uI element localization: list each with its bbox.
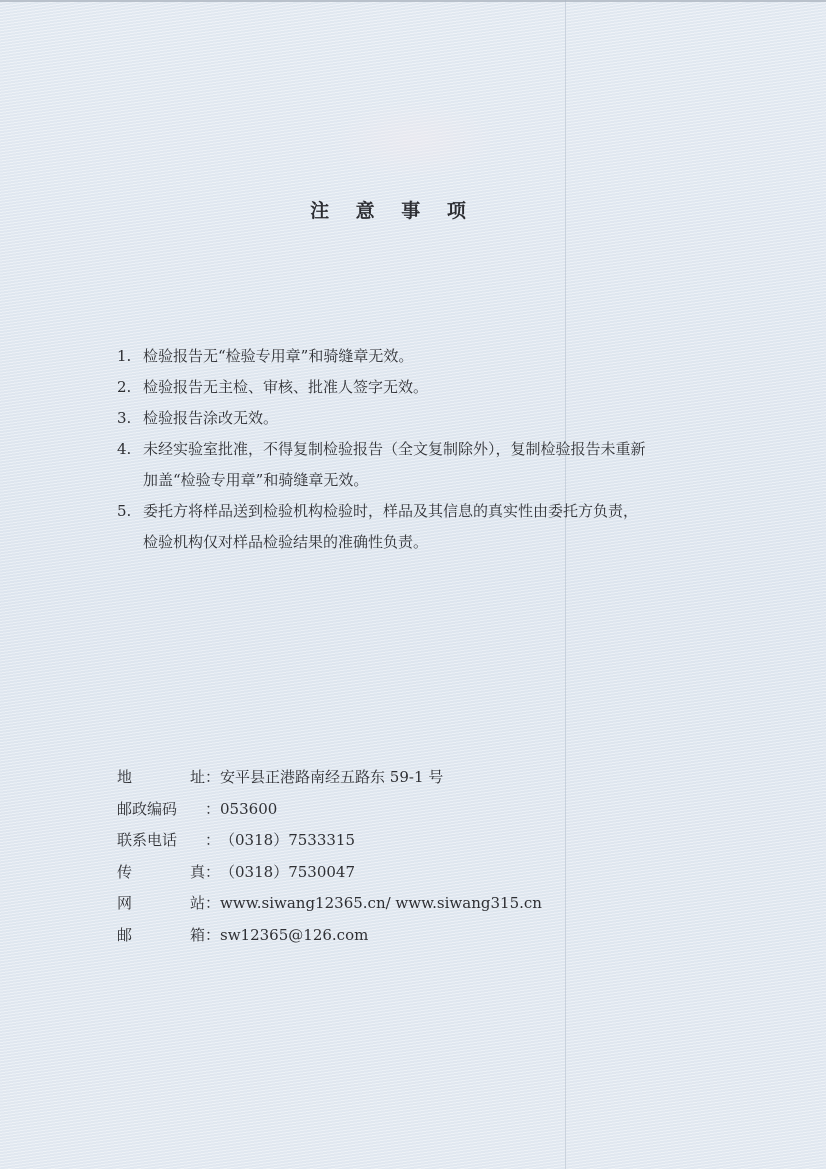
email-value: sw12365@126.com (220, 924, 368, 956)
contact-email: 邮 箱 ： sw12365@126.com (117, 924, 637, 956)
label-char: 址 (190, 766, 205, 798)
note-line: 检验报告涂改无效。 (143, 405, 717, 431)
note-line: 检验机构仅对样品检验结果的准确性负责。 (143, 529, 717, 555)
page-title: 注 意 事 项 (0, 196, 786, 223)
contact-label: 地 址 (117, 766, 205, 798)
colon: ： (205, 861, 220, 893)
contact-info: 地 址 ： 安平县正港路南经五路东 59-1 号 邮政编码 ： 053600 联… (117, 766, 637, 955)
contact-postcode: 邮政编码 ： 053600 (117, 798, 637, 830)
note-line: 检验报告无“检验专用章”和骑缝章无效。 (143, 343, 717, 369)
fax-value: （0318）7530047 (220, 861, 355, 893)
note-number: 1. (117, 343, 143, 369)
note-item-3: 3. 检验报告涂改无效。 (117, 405, 717, 431)
note-item-5: 5. 委托方将样品送到检验机构检验时，样品及其信息的真实性由委托方负责， 检验机… (117, 498, 717, 555)
watermark-seal (330, 100, 500, 180)
postcode-value: 053600 (220, 798, 277, 830)
note-item-4: 4. 未经实验室批准，不得复制检验报告（全文复制除外），复制检验报告未重新 加盖… (117, 436, 717, 493)
colon: ： (205, 892, 220, 924)
label-char: 地 (117, 766, 132, 798)
contact-phone: 联系电话 ： （0318）7533315 (117, 829, 637, 861)
contact-label: 邮政编码 (117, 798, 205, 830)
note-number: 3. (117, 405, 143, 431)
note-text: 检验报告无主检、审核、批准人签字无效。 (143, 374, 717, 400)
note-text: 未经实验室批准，不得复制检验报告（全文复制除外），复制检验报告未重新 加盖“检验… (143, 436, 717, 493)
label-char: 传 (117, 861, 132, 893)
colon: ： (205, 798, 220, 830)
notes-list: 1. 检验报告无“检验专用章”和骑缝章无效。 2. 检验报告无主检、审核、批准人… (117, 343, 717, 560)
note-text: 检验报告涂改无效。 (143, 405, 717, 431)
colon: ： (205, 766, 220, 798)
label-char: 箱 (190, 924, 205, 956)
contact-address: 地 址 ： 安平县正港路南经五路东 59-1 号 (117, 766, 637, 798)
page-top-edge (0, 0, 826, 2)
contact-label: 邮 箱 (117, 924, 205, 956)
note-item-2: 2. 检验报告无主检、审核、批准人签字无效。 (117, 374, 717, 400)
contact-label: 网 站 (117, 892, 205, 924)
note-number: 5. (117, 498, 143, 555)
note-line: 加盖“检验专用章”和骑缝章无效。 (143, 467, 717, 493)
fold-line (565, 0, 566, 1169)
note-text: 委托方将样品送到检验机构检验时，样品及其信息的真实性由委托方负责， 检验机构仅对… (143, 498, 717, 555)
label-char: 真 (190, 861, 205, 893)
address-value: 安平县正港路南经五路东 59-1 号 (220, 766, 443, 798)
note-number: 2. (117, 374, 143, 400)
label-char: 网 (117, 892, 132, 924)
note-number: 4. (117, 436, 143, 493)
colon: ： (205, 829, 220, 861)
colon: ： (205, 924, 220, 956)
note-text: 检验报告无“检验专用章”和骑缝章无效。 (143, 343, 717, 369)
contact-fax: 传 真 ： （0318）7530047 (117, 861, 637, 893)
note-line: 检验报告无主检、审核、批准人签字无效。 (143, 374, 717, 400)
label-char: 站 (190, 892, 205, 924)
note-item-1: 1. 检验报告无“检验专用章”和骑缝章无效。 (117, 343, 717, 369)
contact-label: 传 真 (117, 861, 205, 893)
contact-website: 网 站 ： www.siwang12365.cn/ www.siwang315.… (117, 892, 637, 924)
phone-value: （0318）7533315 (220, 829, 355, 861)
label-char: 邮 (117, 924, 132, 956)
note-line: 委托方将样品送到检验机构检验时，样品及其信息的真实性由委托方负责， (143, 498, 717, 524)
note-line: 未经实验室批准，不得复制检验报告（全文复制除外），复制检验报告未重新 (143, 436, 717, 462)
website-value: www.siwang12365.cn/ www.siwang315.cn (220, 892, 542, 924)
contact-label: 联系电话 (117, 829, 205, 861)
